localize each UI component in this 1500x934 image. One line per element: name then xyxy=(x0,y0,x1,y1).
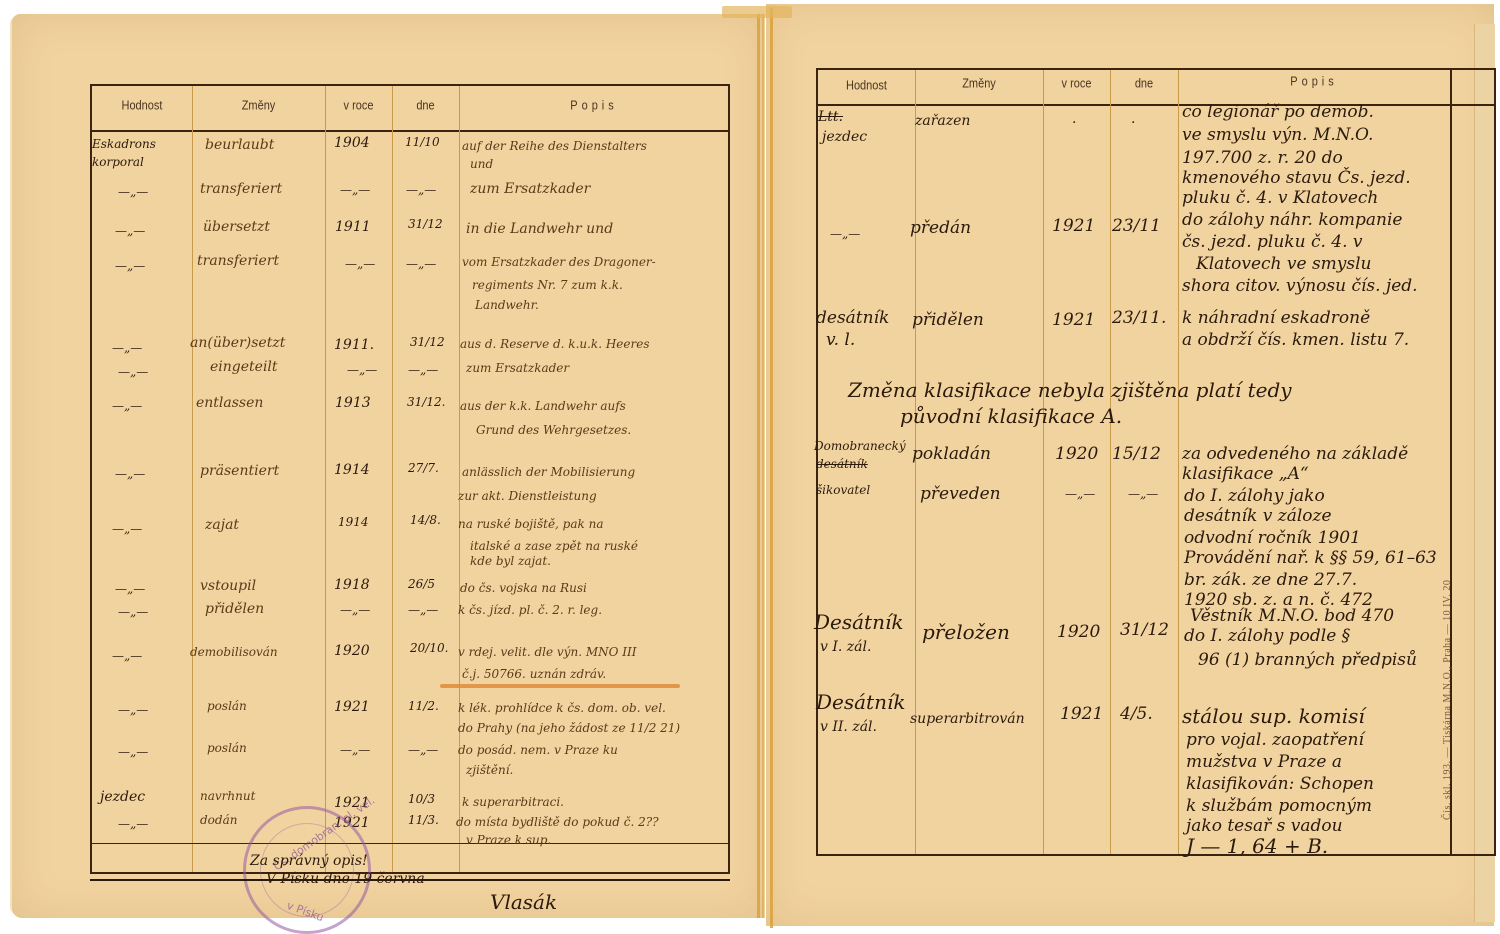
row-zmeny: übersetzt xyxy=(203,220,270,234)
row-popis: co legionář po demob. xyxy=(1182,104,1374,121)
row-popis: kde byl zajat. xyxy=(470,555,551,567)
row-zmeny: poslán xyxy=(207,742,247,754)
header-dne: dne xyxy=(392,99,459,113)
row-popis: k čs. jízd. pl. č. 2. r. leg. xyxy=(458,604,602,616)
row-zmeny: navrhnut xyxy=(200,790,255,802)
row-popis: aus d. Reserve d. k.u.k. Heeres xyxy=(460,338,650,350)
column-divider xyxy=(392,86,393,872)
row-rok: 1921 xyxy=(334,700,370,714)
row-popis: k službám pomocným xyxy=(1186,798,1372,815)
document-spread: Hodnost Změny v roce dne Popis Eskadrons… xyxy=(0,0,1500,932)
row-hodnost: —„— xyxy=(118,704,148,716)
row-popis: v Praze k sup. xyxy=(466,834,551,846)
row-popis: do I. zálohy podle § xyxy=(1184,628,1350,645)
signature-rule xyxy=(90,843,730,844)
row-popis: auf der Reihe des Dienstalters xyxy=(462,140,647,152)
row-hodnost: —„— xyxy=(115,225,145,237)
row-den: 27/7. xyxy=(408,462,439,474)
header-v-roce: v roce xyxy=(325,99,392,113)
row-zmeny: entlassen xyxy=(196,396,263,410)
row-hodnost: —„— xyxy=(115,583,145,595)
header-popis: Popis xyxy=(1178,75,1450,89)
row-den: 11/10 xyxy=(405,136,440,148)
row-zmeny: zařazen xyxy=(915,114,970,128)
row-zmeny: dodán xyxy=(200,814,237,826)
row-popis: italské a zase zpět na ruské xyxy=(470,540,638,552)
row-rok: —„— xyxy=(340,604,370,616)
row-popis: 96 (1) branných předpisů xyxy=(1198,652,1417,669)
row-popis: zjištění. xyxy=(466,764,513,776)
column-divider xyxy=(1178,70,1179,854)
row-popis: vom Ersatzkader des Dragoner- xyxy=(462,256,656,268)
row-popis: č.j. 50766. uznán zdráv. xyxy=(462,668,606,680)
row-popis: jako tesař s vadou xyxy=(1186,818,1343,835)
row-zmeny: beurlaubt xyxy=(205,138,274,152)
row-popis: pluku č. 4. v Klatovech xyxy=(1182,190,1378,207)
row-hodnost: Domobranecký xyxy=(814,440,906,452)
row-popis: desátník v záloze xyxy=(1184,508,1332,525)
row-popis: aus der k.k. Landwehr aufs xyxy=(460,400,626,412)
row-hodnost: —„— xyxy=(118,606,148,618)
row-rok: 1920 xyxy=(1057,624,1100,641)
row-rok: 1918 xyxy=(334,578,370,592)
row-hodnost: Eskadrons xyxy=(92,138,156,150)
header-divider xyxy=(818,104,1494,106)
row-den: —„— xyxy=(1128,488,1158,500)
certification-line-2: V Písku dne 19 června xyxy=(266,872,425,886)
row-hodnost: —„— xyxy=(112,650,142,662)
column-divider xyxy=(325,86,326,872)
row-popis: v rdej. velit. dle výn. MNO III xyxy=(458,646,636,658)
row-popis: 197.700 z. r. 20 do xyxy=(1182,150,1343,167)
row-hodnost: šikovatel xyxy=(816,484,870,496)
row-hodnost: desátník xyxy=(816,310,889,327)
row-popis: ve smyslu výn. M.N.O. xyxy=(1182,127,1373,144)
row-rok: 1921 xyxy=(1052,312,1095,329)
row-hodnost-struck: Ltt. xyxy=(818,110,843,124)
row-den: 20/10. xyxy=(410,642,448,654)
row-zmeny: poslán xyxy=(207,700,247,712)
row-popis: do Prahy (na jeho žádost ze 11/2 21) xyxy=(458,722,680,734)
row-popis: do I. zálohy jako xyxy=(1184,488,1325,505)
row-den: 23/11 xyxy=(1112,218,1161,235)
header-hodnost: Hodnost xyxy=(92,99,192,113)
row-rok: 1914 xyxy=(334,463,370,477)
header-dne: dne xyxy=(1110,77,1178,91)
row-hodnost: jezdec xyxy=(822,130,867,144)
row-rok: 1920 xyxy=(334,644,370,658)
official-stamp: Čs. domobran. ol. vel. v Písku xyxy=(243,806,371,932)
row-rok: 1911 xyxy=(335,220,371,234)
row-popis: regiments Nr. 7 zum k.k. xyxy=(472,279,623,291)
spine-fold-left-2 xyxy=(762,14,765,918)
row-den: 23/11. xyxy=(1112,310,1166,327)
row-den: 31/12 xyxy=(408,218,443,230)
signature: Vlasák xyxy=(490,892,557,912)
spine-fold-right xyxy=(770,8,773,928)
row-hodnost: v II. zál. xyxy=(820,720,877,734)
row-popis: mužstva v Praze a xyxy=(1186,754,1342,771)
row-popis: čs. jezd. pluku č. 4. v xyxy=(1182,234,1363,251)
row-popis: klasifikován: Schopen xyxy=(1186,776,1374,793)
row-hodnost: jezdec xyxy=(100,790,145,804)
row-hodnost: —„— xyxy=(112,523,142,535)
row-den: 31/12. xyxy=(407,396,445,408)
row-zmeny: an(über)setzt xyxy=(190,336,285,350)
row-den: · xyxy=(1131,116,1135,130)
row-rok: —„— xyxy=(345,258,375,270)
row-zmeny: přidělen xyxy=(205,602,264,616)
row-rok: —„— xyxy=(340,744,370,756)
row-zmeny: superarbitrován xyxy=(910,712,1025,726)
row-popis: odvodní ročník 1901 xyxy=(1184,530,1361,547)
spine-fold-left xyxy=(757,14,760,918)
row-popis: pro vojal. zaopatření xyxy=(1186,732,1364,749)
row-zmeny: eingeteilt xyxy=(210,360,278,374)
row-popis: Klatovech ve smyslu xyxy=(1196,256,1372,273)
row-hodnost: Desátník xyxy=(814,612,904,632)
row-den: 31/12 xyxy=(1120,622,1169,639)
row-popis: na ruské bojiště, pak na xyxy=(458,518,604,530)
column-divider xyxy=(1110,70,1111,854)
tape-stain xyxy=(722,6,792,18)
row-zmeny: přidělen xyxy=(912,312,984,329)
row-den: —„— xyxy=(408,744,438,756)
row-den: —„— xyxy=(408,604,438,616)
row-popis: klasifikace „A“ xyxy=(1182,466,1309,483)
row-popis: Grund des Wehrgesetzes. xyxy=(476,424,631,436)
row-rok: 1914 xyxy=(338,516,369,528)
row-popis: br. zák. ze dne 27.7. xyxy=(1184,572,1357,589)
row-rok: 1920 xyxy=(1055,446,1098,463)
row-zmeny: převeden xyxy=(920,486,1001,503)
row-rok: —„— xyxy=(347,364,377,376)
header-divider xyxy=(92,130,728,132)
row-popis: do čs. vojska na Rusi xyxy=(460,582,587,594)
classification-note-line-2: původní klasifikace A. xyxy=(900,406,1122,426)
row-hodnost: —„— xyxy=(830,228,860,240)
row-zmeny: přeložen xyxy=(922,622,1010,642)
row-popis: k superarbitraci. xyxy=(462,796,564,808)
row-popis: za odvedeného na základě xyxy=(1182,446,1408,463)
row-hodnost: —„— xyxy=(118,818,148,830)
printer-imprint: Čís. skl. 193. — Tiskárna M.N.O., Praha … xyxy=(1442,580,1453,820)
header-hodnost: Hodnost xyxy=(818,79,915,93)
row-rok: 1921 xyxy=(1060,706,1103,723)
row-hodnost: —„— xyxy=(118,366,148,378)
row-den: —„— xyxy=(406,184,436,196)
row-den: 14/8. xyxy=(410,514,441,526)
row-popis: J — 1, 64 + B. xyxy=(1186,836,1328,856)
row-popis: anlässlich der Mobilisierung xyxy=(462,466,635,478)
row-hodnost: —„— xyxy=(112,342,142,354)
row-popis: Věstník M.N.O. bod 470 xyxy=(1190,608,1394,625)
column-divider xyxy=(192,86,193,872)
row-popis: zum Ersatzkader xyxy=(466,362,569,374)
row-rok: —„— xyxy=(1065,488,1095,500)
row-hodnost: v I. zál. xyxy=(820,640,871,654)
row-den: 26/5 xyxy=(408,578,435,590)
classification-note-line-1: Změna klasifikace nebyla zjištěna platí … xyxy=(848,380,1292,400)
row-popis: in die Landwehr und xyxy=(466,222,613,236)
column-divider xyxy=(1043,70,1044,854)
row-popis: k náhradní eskadroně xyxy=(1182,310,1370,327)
row-hodnost: desátník xyxy=(816,458,868,470)
row-popis: a obdrží čís. kmen. listu 7. xyxy=(1182,332,1409,349)
row-popis: kmenového stavu Čs. jezd. xyxy=(1182,170,1411,187)
row-zmeny: präsentiert xyxy=(200,464,279,478)
row-hodnost: —„— xyxy=(115,468,145,480)
row-popis: stálou sup. komisí xyxy=(1182,706,1365,726)
row-zmeny: transferiert xyxy=(197,254,279,268)
red-pencil-underline xyxy=(440,684,680,688)
row-hodnost: —„— xyxy=(118,746,148,758)
row-rok: 1904 xyxy=(334,136,370,150)
header-zmeny: Změny xyxy=(192,99,325,113)
row-zmeny: pokladán xyxy=(912,446,991,463)
row-popis: zum Ersatzkader xyxy=(470,182,590,196)
row-rok: 1921 xyxy=(1052,218,1095,235)
row-rok: · xyxy=(1072,116,1076,130)
row-den: 10/3 xyxy=(408,793,435,805)
row-hodnost: —„— xyxy=(112,400,142,412)
row-popis: Provádění nař. k §§ 59, 61–63 xyxy=(1184,550,1437,567)
header-zmeny: Změny xyxy=(915,77,1043,91)
row-den: 31/12 xyxy=(410,336,445,348)
row-rok: 1913 xyxy=(335,396,371,410)
certification-line-1: Za správný opis! xyxy=(250,854,368,868)
row-popis: do posád. nem. v Praze ku xyxy=(458,744,618,756)
row-hodnost: v. l. xyxy=(826,332,855,349)
row-hodnost: Desátník xyxy=(816,692,906,712)
header-popis: Popis xyxy=(459,99,729,113)
row-rok: 1911. xyxy=(334,338,374,352)
row-den: 11/2. xyxy=(408,700,439,712)
row-popis: shora citov. výnosu čís. jed. xyxy=(1182,278,1418,295)
row-zmeny: vstoupil xyxy=(200,579,256,593)
row-popis: zur akt. Dienstleistung xyxy=(458,490,597,502)
row-zmeny: transferiert xyxy=(200,182,282,196)
row-popis: k lék. prohlídce k čs. dom. ob. vel. xyxy=(458,702,666,714)
row-zmeny: demobilisován xyxy=(190,646,278,658)
row-popis: do místa bydliště do pokud č. 2?? xyxy=(456,816,659,828)
row-popis: und xyxy=(470,158,493,170)
header-v-roce: v roce xyxy=(1043,77,1110,91)
row-den: 15/12 xyxy=(1112,446,1161,463)
row-rok: —„— xyxy=(340,184,370,196)
row-zmeny: předán xyxy=(910,220,971,237)
row-zmeny: zajat xyxy=(205,518,239,532)
row-den: —„— xyxy=(408,364,438,376)
row-hodnost: —„— xyxy=(118,186,148,198)
row-hodnost: korporal xyxy=(92,156,144,168)
row-den: —„— xyxy=(406,258,436,270)
row-den: 4/5. xyxy=(1120,706,1153,723)
row-popis: Landwehr. xyxy=(475,299,539,311)
row-den: 11/3. xyxy=(408,814,439,826)
row-hodnost: —„— xyxy=(115,260,145,272)
row-popis: do zálohy náhr. kompanie xyxy=(1182,212,1402,229)
